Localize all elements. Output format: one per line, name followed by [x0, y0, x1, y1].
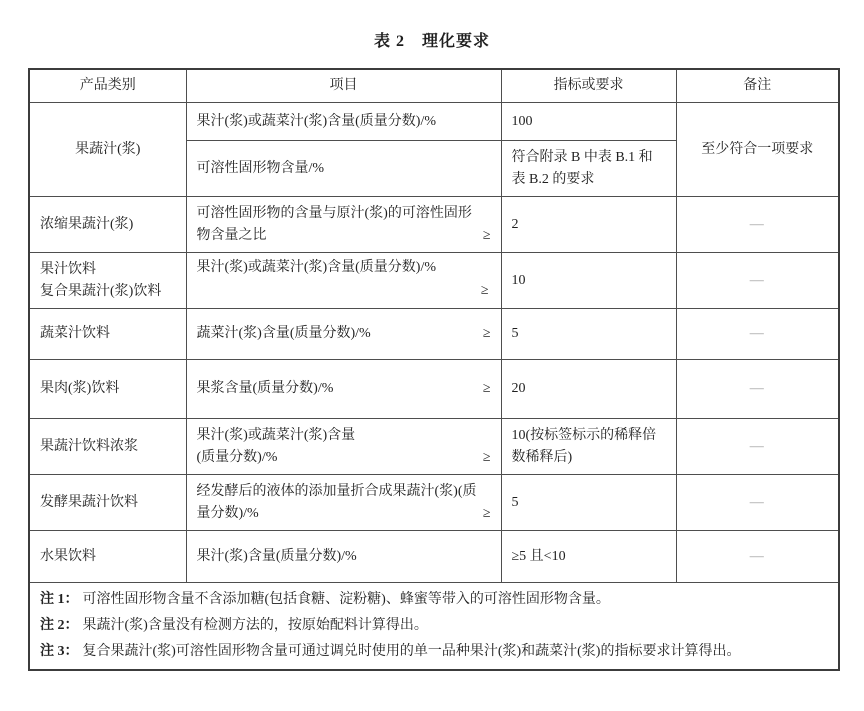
item-cell: 经发酵后的液体的添加量折合成果蔬汁(浆)(质量分数)/% ≥ — [186, 475, 501, 531]
remark-cell: — — [676, 197, 839, 253]
table-title: 表 2 理化要求 — [0, 28, 864, 51]
table-row: 蔬菜汁饮料 蔬菜汁(浆)含量(质量分数)/% ≥ 5 — — [29, 309, 839, 360]
note-item: 注 2： 果蔬汁(浆)含量没有检测方法的，按原始配料计算得出。 — [40, 613, 828, 639]
value-cell: 5 — [501, 309, 676, 360]
table-header: 产品类别 项目 指标或要求 备注 — [29, 69, 839, 103]
item-text: 果汁(浆)或蔬菜汁(浆)含量(质量分数)/% — [197, 260, 437, 275]
note-text: 可溶性固形物含量不含添加糖(包括食糖、淀粉糖)、蜂蜜等带入的可溶性固形物含量。 — [83, 587, 829, 613]
gte-symbol: ≥ — [477, 503, 491, 525]
note-text: 果蔬汁(浆)含量没有检测方法的，按原始配料计算得出。 — [83, 613, 829, 639]
remark-cell: — — [676, 419, 839, 475]
gte-symbol: ≥ — [477, 323, 491, 345]
item-cell: 果汁(浆)或蔬菜汁(浆)含量(质量分数)/% ≥ — [186, 253, 501, 309]
item-text: 果汁(浆)或蔬菜汁(浆)含量 (质量分数)/% — [197, 425, 356, 469]
value-cell: 5 — [501, 475, 676, 531]
note-text: 复合果蔬汁(浆)可溶性固形物含量可通过调兑时使用的单一品种果汁(浆)和蔬菜汁(浆… — [83, 639, 829, 665]
table-row: 发酵果蔬汁饮料 经发酵后的液体的添加量折合成果蔬汁(浆)(质量分数)/% ≥ 5… — [29, 475, 839, 531]
gte-symbol: ≥ — [477, 447, 491, 469]
item-cell: 果汁(浆)含量(质量分数)/% — [186, 531, 501, 583]
table-row: 果汁饮料 复合果蔬汁(浆)饮料 果汁(浆)或蔬菜汁(浆)含量(质量分数)/% ≥… — [29, 253, 839, 309]
category-line: 复合果蔬汁(浆)饮料 — [40, 281, 176, 303]
note-label: 注 2： — [40, 613, 79, 639]
header-remark: 备注 — [676, 69, 839, 103]
item-cell: 蔬菜汁(浆)含量(质量分数)/% ≥ — [186, 309, 501, 360]
remark-cell: — — [676, 253, 839, 309]
value-cell: 符合附录 B 中表 B.1 和表 B.2 的要求 — [501, 141, 676, 197]
category-line: 果汁饮料 — [40, 259, 176, 281]
remark-cell: — — [676, 309, 839, 360]
value-cell: ≥5 且<10 — [501, 531, 676, 583]
item-cell: 果汁(浆)或蔬菜汁(浆)含量 (质量分数)/% ≥ — [186, 419, 501, 475]
item-cell: 可溶性固形物的含量与原汁(浆)的可溶性固形物含量之比 ≥ — [186, 197, 501, 253]
value-cell: 10 — [501, 253, 676, 309]
item-text: 可溶性固形物的含量与原汁(浆)的可溶性固形物含量之比 — [197, 203, 477, 247]
table-row: 果蔬汁(浆) 果汁(浆)或蔬菜汁(浆)含量(质量分数)/% 100 至少符合一项… — [29, 103, 839, 141]
note-label: 注 1： — [40, 587, 79, 613]
table-row: 果蔬汁饮料浓浆 果汁(浆)或蔬菜汁(浆)含量 (质量分数)/% ≥ 10(按标签… — [29, 419, 839, 475]
item-cell: 果浆含量(质量分数)/% ≥ — [186, 360, 501, 419]
category-cell: 果肉(浆)饮料 — [29, 360, 186, 419]
notes-cell: 注 1： 可溶性固形物含量不含添加糖(包括食糖、淀粉糖)、蜂蜜等带入的可溶性固形… — [29, 583, 839, 671]
category-cell: 蔬菜汁饮料 — [29, 309, 186, 360]
category-cell: 果蔬汁(浆) — [29, 103, 186, 197]
item-text: 蔬菜汁(浆)含量(质量分数)/% — [197, 323, 371, 345]
gte-symbol: ≥ — [477, 378, 491, 400]
category-cell: 水果饮料 — [29, 531, 186, 583]
gte-symbol: ≥ — [475, 280, 489, 302]
category-cell: 果蔬汁饮料浓浆 — [29, 419, 186, 475]
item-cell: 可溶性固形物含量/% — [186, 141, 501, 197]
notes-row: 注 1： 可溶性固形物含量不含添加糖(包括食糖、淀粉糖)、蜂蜜等带入的可溶性固形… — [29, 583, 839, 671]
requirements-table: 产品类别 项目 指标或要求 备注 果蔬汁(浆) 果汁(浆)或蔬菜汁(浆)含量(质… — [28, 68, 840, 671]
value-cell: 10(按标签标示的稀释倍数稀释后) — [501, 419, 676, 475]
value-cell: 2 — [501, 197, 676, 253]
gte-symbol: ≥ — [477, 225, 491, 247]
header-item: 项目 — [186, 69, 501, 103]
remark-cell: — — [676, 360, 839, 419]
item-text: 经发酵后的液体的添加量折合成果蔬汁(浆)(质量分数)/% — [197, 481, 477, 525]
category-cell: 发酵果蔬汁饮料 — [29, 475, 186, 531]
table-row: 果肉(浆)饮料 果浆含量(质量分数)/% ≥ 20 — — [29, 360, 839, 419]
category-cell: 浓缩果蔬汁(浆) — [29, 197, 186, 253]
table-row: 水果饮料 果汁(浆)含量(质量分数)/% ≥5 且<10 — — [29, 531, 839, 583]
table-row: 浓缩果蔬汁(浆) 可溶性固形物的含量与原汁(浆)的可溶性固形物含量之比 ≥ 2 … — [29, 197, 839, 253]
value-cell: 100 — [501, 103, 676, 141]
header-row: 产品类别 项目 指标或要求 备注 — [29, 69, 839, 103]
remark-cell: — — [676, 531, 839, 583]
remark-cell: 至少符合一项要求 — [676, 103, 839, 197]
note-label: 注 3： — [40, 639, 79, 665]
note-item: 注 3： 复合果蔬汁(浆)可溶性固形物含量可通过调兑时使用的单一品种果汁(浆)和… — [40, 639, 828, 665]
remark-cell: — — [676, 475, 839, 531]
value-cell: 20 — [501, 360, 676, 419]
item-text: 果浆含量(质量分数)/% — [197, 378, 334, 400]
document-page: 表 2 理化要求 产品类别 项目 指标或要求 备注 果蔬汁(浆) 果汁(浆)或蔬… — [0, 0, 864, 711]
header-category: 产品类别 — [29, 69, 186, 103]
category-cell: 果汁饮料 复合果蔬汁(浆)饮料 — [29, 253, 186, 309]
note-item: 注 1： 可溶性固形物含量不含添加糖(包括食糖、淀粉糖)、蜂蜜等带入的可溶性固形… — [40, 587, 828, 613]
item-cell: 果汁(浆)或蔬菜汁(浆)含量(质量分数)/% — [186, 103, 501, 141]
header-requirement: 指标或要求 — [501, 69, 676, 103]
